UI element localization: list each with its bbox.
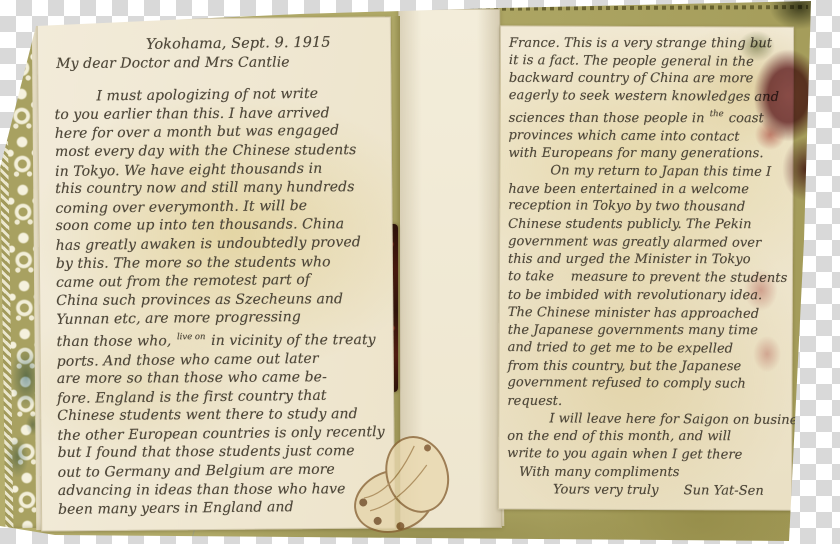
letter-line: Yokohama, Sept. 9. 1915 (54, 33, 386, 56)
letter-line: The Chinese minister has approached (508, 304, 790, 324)
letter-line: My dear Doctor and Mrs Cantlie (54, 53, 386, 74)
letter-line: On my return to Japan this time I (508, 162, 790, 182)
letter-line: the Japanese governments many time (508, 322, 790, 340)
letter-text-left: Yokohama, Sept. 9. 1915My dear Doctor an… (54, 34, 390, 520)
letter-line: Yours very truly Sun Yat-Sen (507, 481, 789, 501)
inserted-word: the (710, 109, 724, 119)
letter-line: than those who, live on in vicinity of t… (57, 327, 389, 352)
letter-line: has greatly awaken is undoubtedly proved (56, 233, 388, 256)
letter-line: have been entertained in a welcome (508, 180, 790, 198)
letter-line: I will leave here for Saigon on business (507, 410, 789, 430)
letter-line: on the end of this month, and will (507, 428, 789, 446)
letter-line: backward country of China are more (509, 70, 791, 88)
letter-line: France. This is a very strange thing but (509, 35, 791, 53)
letter-line: eagerly to seek western knowledges and (509, 87, 791, 107)
letter-line: reception in Tokyo by two thousand (508, 197, 790, 217)
letter-line: to take measure to prevent the students (508, 268, 790, 288)
letter-line: to be imbided with revolutionary idea. (508, 287, 790, 305)
letter-line: Chinese students publicly. The Pekin (508, 216, 790, 234)
letter-page-left: Yokohama, Sept. 9. 1915My dear Doctor an… (37, 16, 395, 531)
transparent-background: Yokohama, Sept. 9. 1915My dear Doctor an… (0, 0, 840, 544)
letter-line: provinces which came into contact (509, 127, 791, 147)
letter-line: with Europeans for many generations. (508, 145, 790, 163)
letter-line: from this country, but the Japanese (508, 357, 790, 375)
open-journal: Yokohama, Sept. 9. 1915My dear Doctor an… (0, 0, 840, 544)
letter-line: it is a fact. The people general in the (509, 52, 791, 72)
letter-line: write to you again when I get there (507, 445, 789, 465)
inserted-word: live on (177, 332, 206, 342)
letter-line: this and urged the Minister in Tokyo (508, 251, 790, 269)
letter-line: With many compliments (507, 464, 789, 482)
letter-line: and tried to get me to be expelled (508, 339, 790, 359)
letter-line: out to Germany and Belgium are more (58, 460, 390, 483)
letter-line: been many years in England and (58, 497, 390, 520)
letter-line: most every day with the Chinese students (55, 141, 387, 162)
letter-page-right: France. This is a very strange thing but… (498, 25, 794, 510)
letter-line: government was greatly alarmed over (508, 233, 790, 253)
letter-line: sciences than those people in the coast (509, 106, 791, 128)
letter-line: government refused to comply such (507, 374, 789, 394)
blank-middle-sheet (398, 9, 502, 528)
letter-line: request. (507, 393, 789, 411)
letter-text-right: France. This is a very strange thing but… (507, 34, 791, 500)
